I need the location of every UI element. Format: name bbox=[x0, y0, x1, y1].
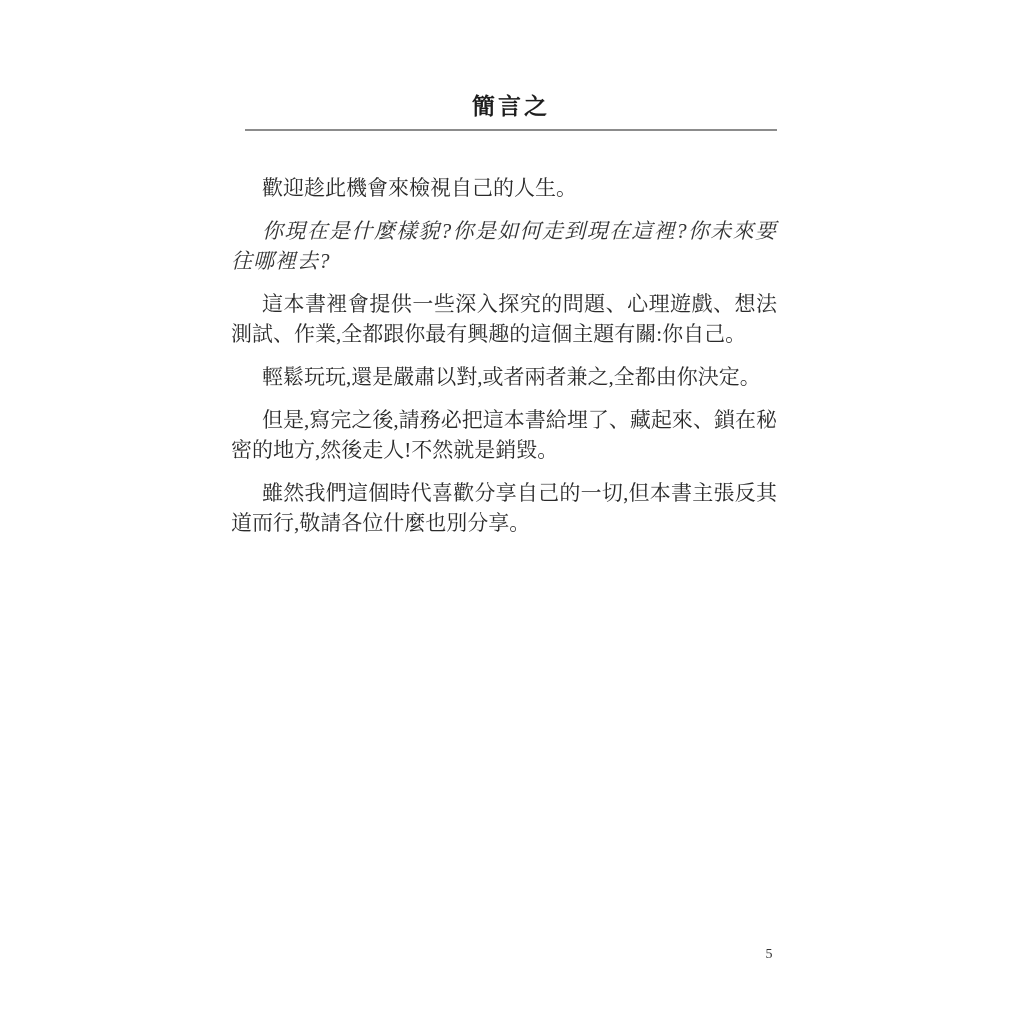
body-text-block: 歡迎趁此機會來檢視自己的人生。 你現在是什麼樣貌?你是如何走到現在這裡?你未來要… bbox=[231, 173, 777, 551]
body-paragraph-kai: 你現在是什麼樣貌?你是如何走到現在這裡?你未來要往哪裡去? bbox=[231, 216, 777, 276]
body-paragraph: 輕鬆玩玩,還是嚴肅以對,或者兩者兼之,全都由你決定。 bbox=[231, 362, 777, 392]
chapter-title: 簡言之 bbox=[245, 92, 777, 120]
body-paragraph: 歡迎趁此機會來檢視自己的人生。 bbox=[231, 173, 777, 203]
book-page: 簡言之 歡迎趁此機會來檢視自己的人生。 你現在是什麼樣貌?你是如何走到現在這裡?… bbox=[0, 0, 1024, 1024]
title-divider bbox=[245, 129, 777, 131]
body-paragraph: 雖然我們這個時代喜歡分享自己的一切,但本書主張反其道而行,敬請各位什麼也別分享。 bbox=[231, 478, 777, 538]
chapter-header: 簡言之 bbox=[245, 92, 777, 131]
page-number: 5 bbox=[756, 946, 782, 964]
body-paragraph: 但是,寫完之後,請務必把這本書給埋了、藏起來、鎖在秘密的地方,然後走人!不然就是… bbox=[231, 405, 777, 465]
body-paragraph: 這本書裡會提供一些深入探究的問題、心理遊戲、想法測試、作業,全都跟你最有興趣的這… bbox=[231, 289, 777, 349]
